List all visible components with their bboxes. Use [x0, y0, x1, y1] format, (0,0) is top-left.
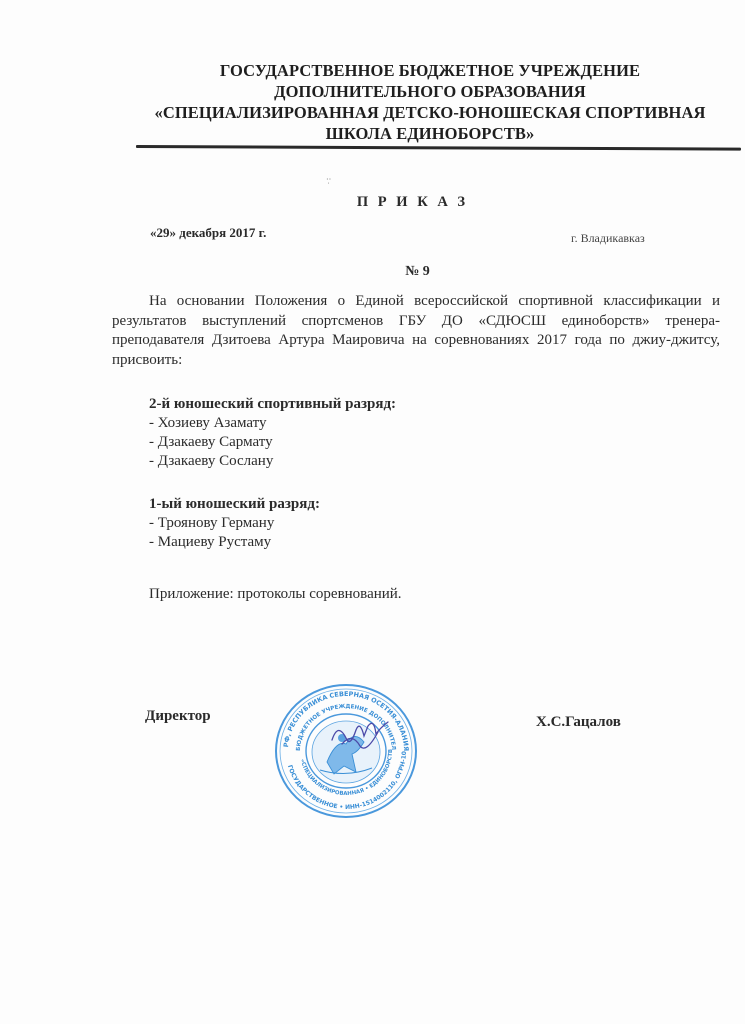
header-divider — [136, 145, 741, 151]
athlete-item: - Троянову Герману — [149, 514, 320, 533]
document-body: На основании Положения о Единой всеросси… — [112, 292, 720, 370]
stamp-seal-icon: РФ, РЕСПУБЛИКА СЕВЕРНАЯ ОСЕТИЯ-АЛАНИЯ, г… — [272, 682, 420, 820]
header-line-2: ДОПОЛНИТЕЛЬНОГО ОБРАЗОВАНИЯ — [130, 81, 730, 102]
document-title: П Р И К А З — [0, 194, 745, 211]
header-line-1: ГОСУДАРСТВЕННОЕ БЮДЖЕТНОЕ УЧРЕЖДЕНИЕ — [130, 60, 730, 81]
athlete-item: - Хозиеву Азамату — [149, 414, 396, 433]
document-number: № 9 — [0, 264, 745, 280]
official-stamp: РФ, РЕСПУБЛИКА СЕВЕРНАЯ ОСЕТИЯ-АЛАНИЯ, г… — [272, 682, 420, 820]
header-line-4: ШКОЛА ЕДИНОБОРСТВ» — [130, 123, 730, 144]
rank-group-title: 2-й юношеский спортивный разряд: — [149, 395, 396, 414]
document-page: ГОСУДАРСТВЕННОЕ БЮДЖЕТНОЕ УЧРЕЖДЕНИЕ ДОП… — [0, 0, 745, 1024]
signatory-position: Директор — [145, 708, 211, 725]
athlete-item: - Дзакаеву Сармату — [149, 433, 396, 452]
scan-speck: ·̣· — [326, 175, 331, 184]
document-city: г. Владикавказ — [571, 231, 645, 246]
header-line-3: «СПЕЦИАЛИЗИРОВАННАЯ ДЕТСКО-ЮНОШЕСКАЯ СПО… — [130, 102, 730, 123]
organization-header: ГОСУДАРСТВЕННОЕ БЮДЖЕТНОЕ УЧРЕЖДЕНИЕ ДОП… — [130, 60, 730, 144]
athlete-item: - Мациеву Рустаму — [149, 533, 320, 552]
attachment-note: Приложение: протоколы соревнований. — [149, 586, 402, 603]
document-date: «29» декабря 2017 г. — [150, 225, 266, 241]
rank-group-title: 1-ый юношеский разряд: — [149, 495, 320, 514]
athlete-item: - Дзакаеву Сослану — [149, 452, 396, 471]
signatory-name: Х.С.Гацалов — [536, 714, 621, 731]
rank-group-1st-junior: 1-ый юношеский разряд: - Троянову Герман… — [149, 495, 320, 552]
rank-group-2nd-junior: 2-й юношеский спортивный разряд: - Хозие… — [149, 395, 396, 471]
